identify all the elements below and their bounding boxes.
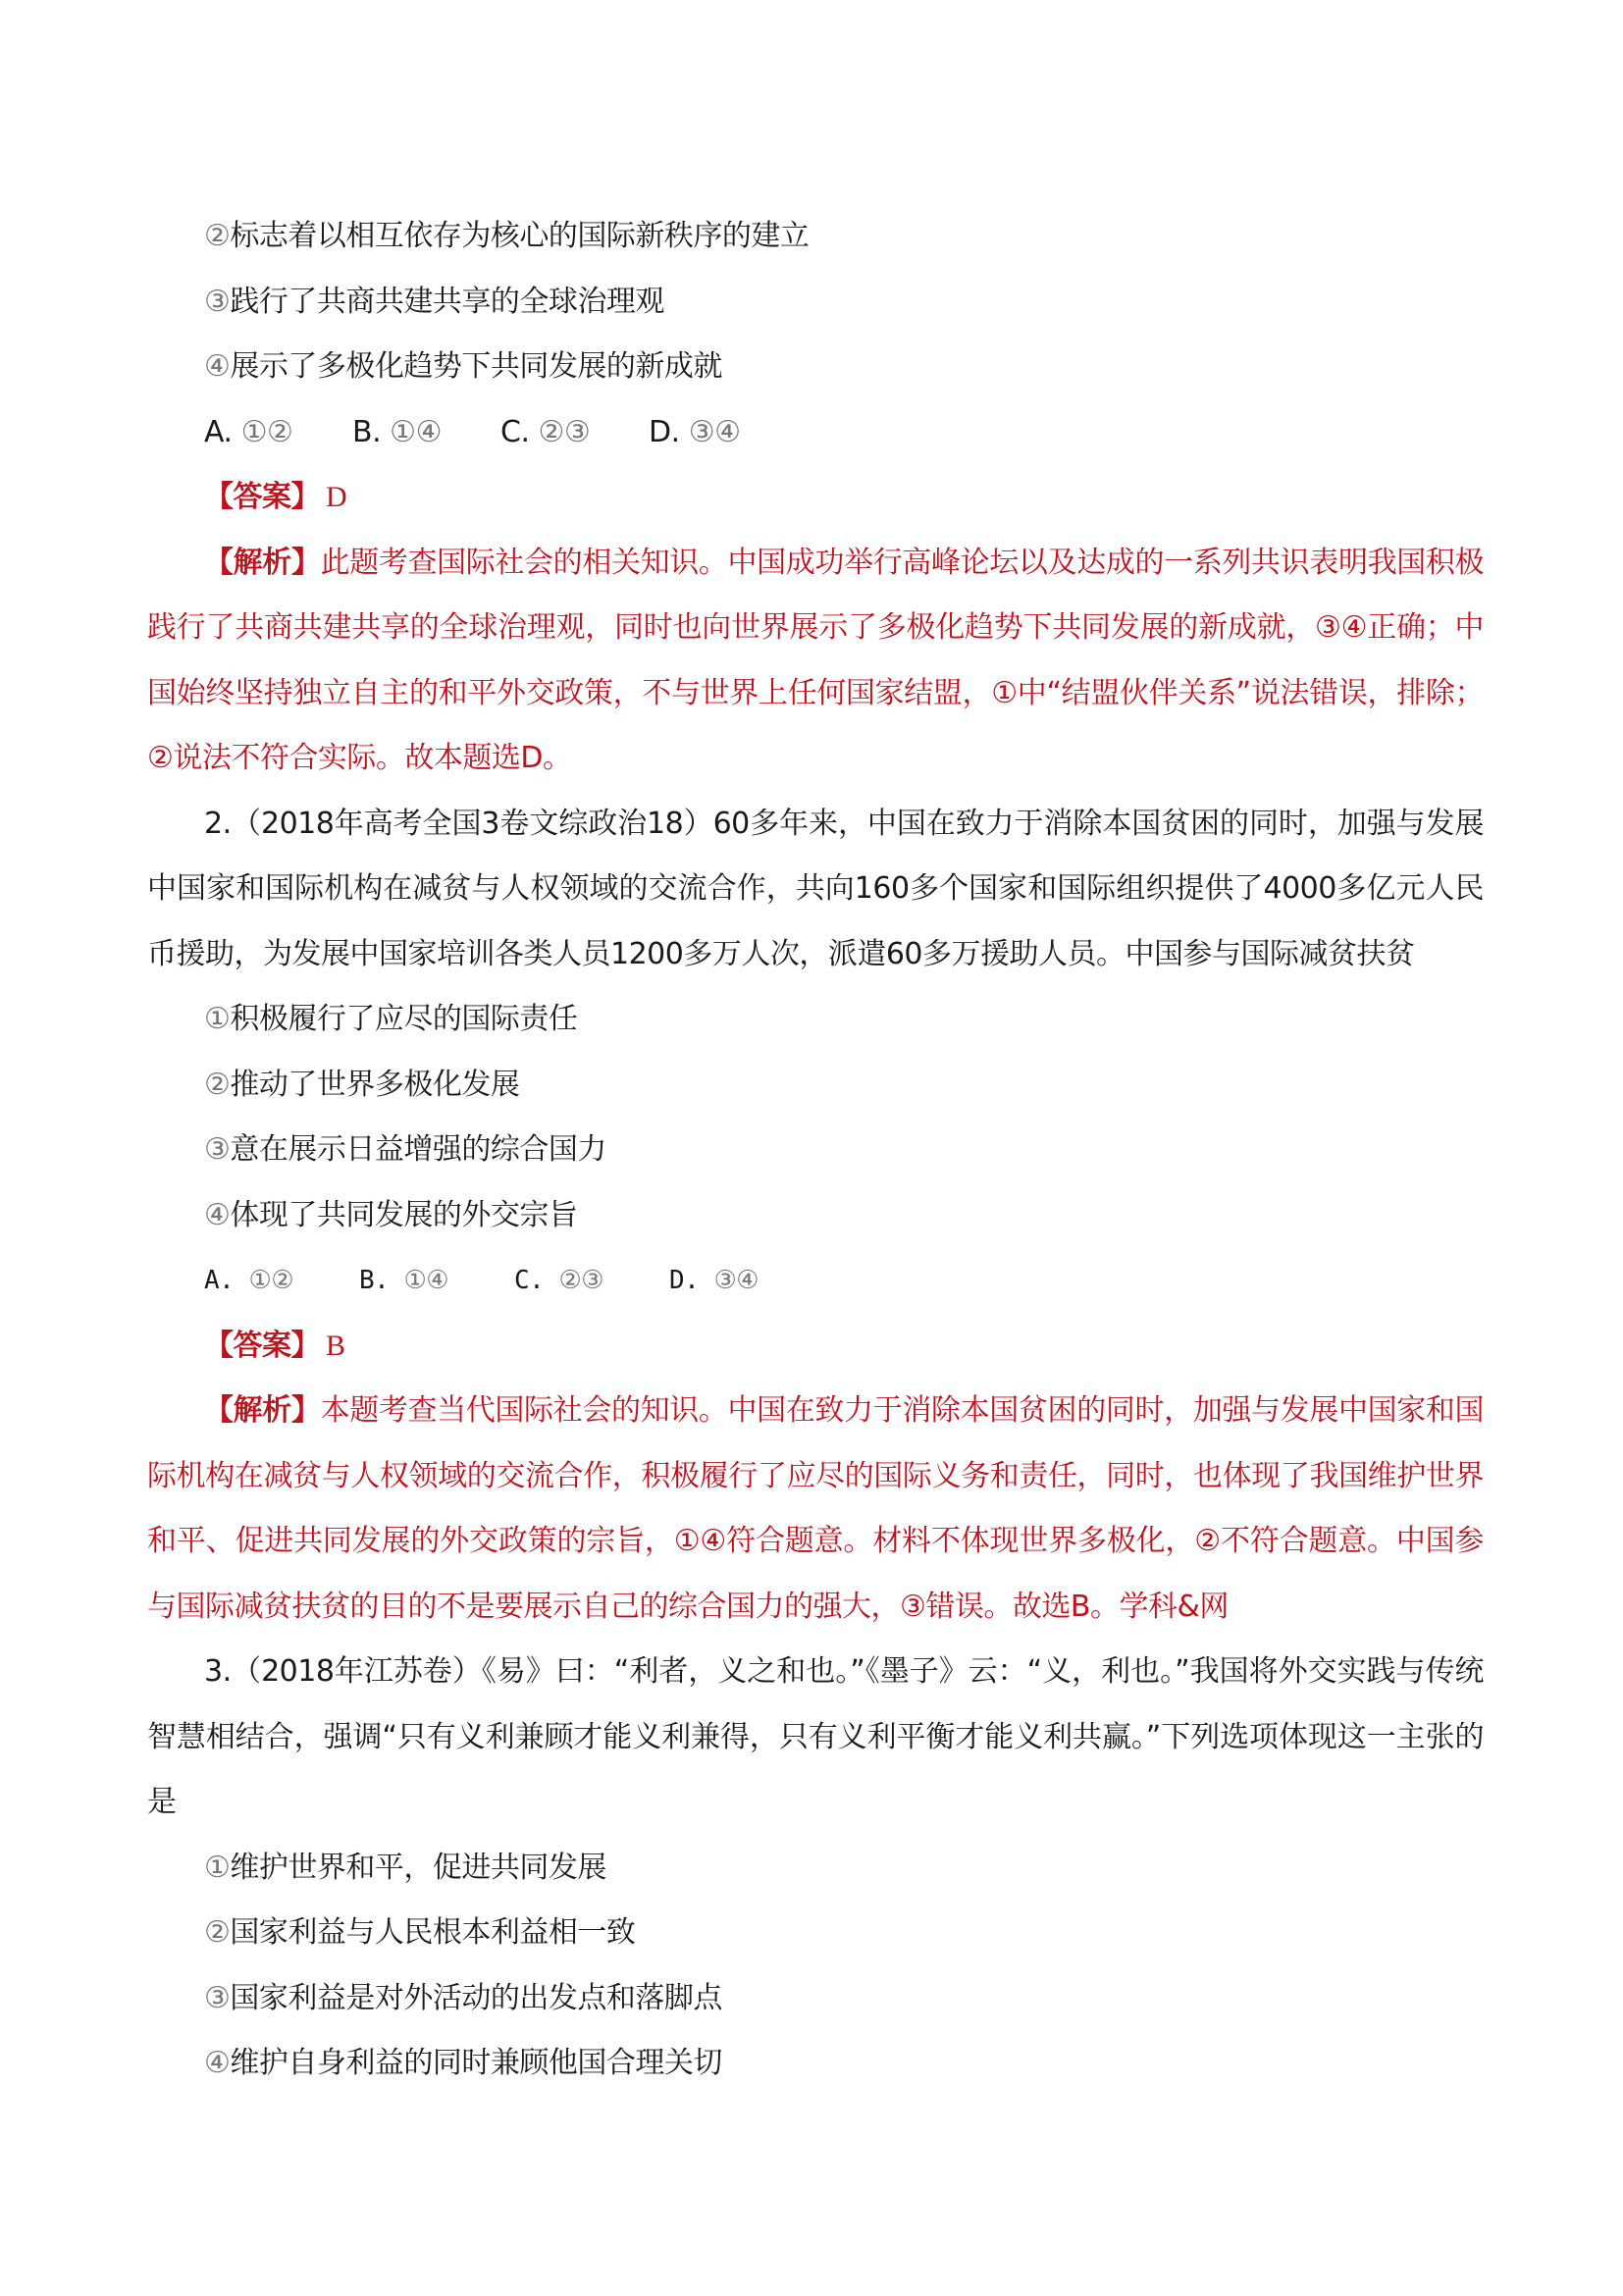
option-b: B. ①④: [359, 1248, 514, 1314]
answer-value: B: [326, 1330, 345, 1362]
question-stem: 3.（2018年江苏卷）《易》曰：“利者，义之和也。”《墨子》云：“义，利也。”…: [147, 1640, 1484, 1836]
question-1-tail: ②标志着以相互依存为核心的国际新秩序的建立 ③践行了共商共建共享的全球治理观 ④…: [147, 204, 1484, 792]
answer-line: 【答案】B: [147, 1314, 1484, 1380]
option-d: D. ③④: [649, 400, 797, 466]
statement-mark: ②: [204, 1068, 230, 1102]
option-label: D.: [649, 415, 680, 449]
statement: ②标志着以相互依存为核心的国际新秩序的建立: [147, 204, 1484, 270]
option-label: A.: [204, 1266, 234, 1295]
answer-options: A. ①② B. ①④ C. ②③ D. ③④: [147, 400, 1484, 466]
option-label: B.: [359, 1266, 389, 1295]
option-value: ①②: [241, 415, 293, 449]
statement: ③国家利益是对外活动的出发点和落脚点: [147, 1966, 1484, 2032]
option-d: D. ③④: [669, 1248, 824, 1314]
statement-text: 积极履行了应尽的国际责任: [230, 1002, 577, 1036]
option-value: ①④: [403, 1266, 448, 1295]
analysis-paragraph: 【解析】本题考查当代国际社会的知识。中国在致力于消除本国贫困的同时，加强与发展中…: [147, 1379, 1484, 1640]
statement: ③践行了共商共建共享的全球治理观: [147, 270, 1484, 336]
question-2: 2.（2018年高考全国3卷文综政治18）60多年来，中国在致力于消除本国贫困的…: [147, 792, 1484, 1641]
analysis-text: 本题考查当代国际社会的知识。中国在致力于消除本国贫困的同时，加强与发展中国家和国…: [147, 1393, 1484, 1624]
statement-mark: ③: [204, 285, 230, 319]
statement-text: 意在展示日益增强的综合国力: [230, 1132, 606, 1167]
option-value: ①②: [248, 1266, 293, 1295]
statement-text: 践行了共商共建共享的全球治理观: [230, 285, 664, 319]
option-label: B.: [352, 415, 381, 449]
option-a: A. ①②: [204, 1248, 359, 1314]
statement: ②推动了世界多极化发展: [147, 1053, 1484, 1119]
statement: ②国家利益与人民根本利益相一致: [147, 1901, 1484, 1966]
question-stem: 2.（2018年高考全国3卷文综政治18）60多年来，中国在致力于消除本国贫困的…: [147, 792, 1484, 988]
answer-options: A. ①② B. ①④ C. ②③ D. ③④: [147, 1248, 1484, 1314]
statement-text: 维护世界和平，促进共同发展: [230, 1851, 606, 1885]
question-number: 2.: [204, 807, 232, 841]
option-label: C.: [514, 1266, 544, 1295]
analysis-label: 【解析】: [204, 1393, 321, 1428]
statement-mark: ④: [204, 349, 230, 384]
option-value: ②③: [539, 415, 591, 449]
statement: ①积极履行了应尽的国际责任: [147, 987, 1484, 1053]
answer-label: 【答案】: [204, 1329, 320, 1363]
statement: ①维护世界和平，促进共同发展: [147, 1836, 1484, 1902]
statement-mark: ③: [204, 1132, 230, 1167]
option-value: ②③: [558, 1266, 603, 1295]
answer-value: D: [326, 481, 346, 513]
answer-label: 【答案】: [204, 480, 320, 514]
option-value: ③④: [689, 415, 741, 449]
statement-mark: ④: [204, 1198, 230, 1232]
statement-mark: ④: [204, 2046, 230, 2080]
statement-mark: ①: [204, 1851, 230, 1885]
statement-text: 推动了世界多极化发展: [230, 1068, 519, 1102]
statement: ④展示了多极化趋势下共同发展的新成就: [147, 335, 1484, 400]
option-label: A.: [204, 415, 233, 449]
answer-line: 【答案】D: [147, 465, 1484, 531]
statement: ④维护自身利益的同时兼顾他国合理关切: [147, 2031, 1484, 2097]
option-b: B. ①④: [352, 400, 500, 466]
statement-text: 国家利益是对外活动的出发点和落脚点: [230, 1981, 722, 2015]
option-label: D.: [669, 1266, 699, 1295]
option-a: A. ①②: [204, 400, 352, 466]
question-3: 3.（2018年江苏卷）《易》曰：“利者，义之和也。”《墨子》云：“义，利也。”…: [147, 1640, 1484, 2097]
analysis-paragraph: 【解析】此题考查国际社会的相关知识。中国成功举行高峰论坛以及达成的一系列共识表明…: [147, 531, 1484, 792]
option-value: ③④: [713, 1266, 759, 1295]
question-source: （2018年高考全国3卷文综政治18）: [232, 807, 713, 841]
statement-text: 维护自身利益的同时兼顾他国合理关切: [230, 2046, 722, 2080]
statement-text: 体现了共同发展的外交宗旨: [230, 1198, 577, 1232]
option-c: C. ②③: [500, 400, 649, 466]
option-c: C. ②③: [514, 1248, 669, 1314]
statement-mark: ①: [204, 1002, 230, 1036]
document-page: ②标志着以相互依存为核心的国际新秩序的建立 ③践行了共商共建共享的全球治理观 ④…: [147, 204, 1484, 2097]
statement-text: 标志着以相互依存为核心的国际新秩序的建立: [230, 219, 809, 253]
analysis-label: 【解析】: [204, 546, 321, 580]
analysis-text: 此题考查国际社会的相关知识。中国成功举行高峰论坛以及达成的一系列共识表明我国积极…: [147, 546, 1484, 776]
statement-text: 展示了多极化趋势下共同发展的新成就: [230, 349, 722, 384]
statement: ③意在展示日益增强的综合国力: [147, 1118, 1484, 1183]
statement-text: 国家利益与人民根本利益相一致: [230, 1915, 635, 1950]
statement-mark: ③: [204, 1981, 230, 2015]
option-label: C.: [500, 415, 529, 449]
statement-mark: ②: [204, 219, 230, 253]
statement-mark: ②: [204, 1915, 230, 1950]
question-number: 3.: [204, 1654, 232, 1689]
question-source: （2018年江苏卷）: [232, 1654, 482, 1689]
statement: ④体现了共同发展的外交宗旨: [147, 1183, 1484, 1249]
option-value: ①④: [390, 415, 442, 449]
